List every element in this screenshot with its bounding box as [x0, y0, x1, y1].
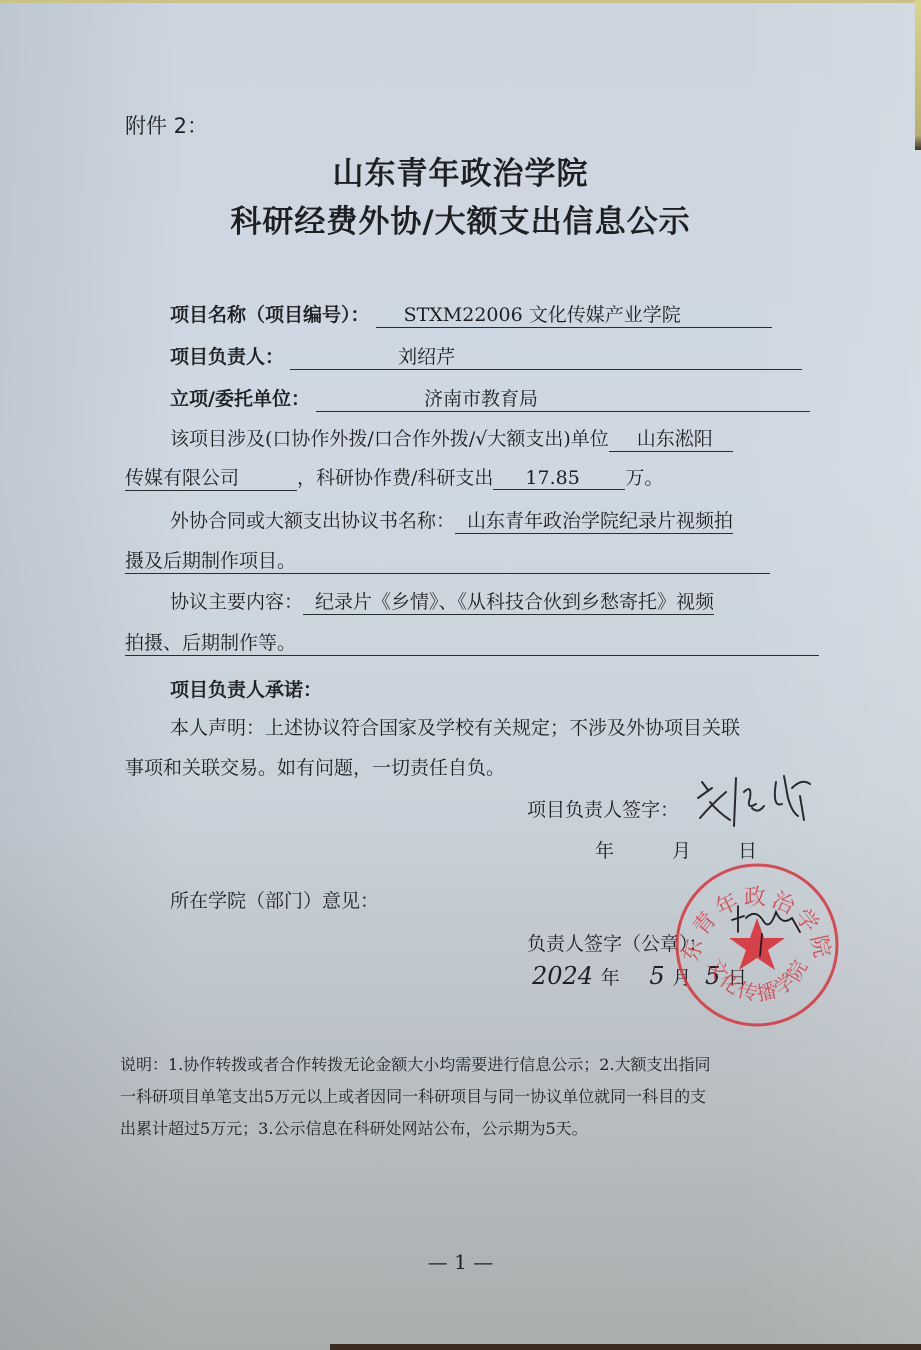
involvement-text: 该项目涉及(口协作外拨/口合作外拨/√大额支出)单位 [170, 428, 609, 450]
collaborating-unit-value-1: 山东淞阳 [609, 424, 733, 452]
svg-text:文化传播学院: 文化传播学院 [703, 954, 813, 1006]
leader-date-month-label: 月 [672, 836, 691, 863]
project-name-value: STXM22006 文化传媒产业学院 [376, 300, 772, 328]
desk-surface [330, 1344, 921, 1350]
agreement-content-row-1: 协议主要内容：纪录片《乡情》、《从科技合伙到乡愁寄托》视频 [170, 587, 714, 615]
project-name-row: 项目名称（项目编号）： STXM22006 文化传媒产业学院 [170, 300, 772, 328]
commitment-heading: 项目负责人承诺： [170, 675, 322, 702]
institution-title: 山东青年政治学院 [0, 148, 921, 193]
notes-line-3: 出累计超过5万元；3.公示信息在科研处网站公布，公示期为5天。 [120, 1116, 588, 1139]
commitment-statement-2: 事项和关联交易。如有问题，一切责任自负。 [125, 753, 505, 780]
notes-line-2: 一科研项目单笔支出5万元以上或者因同一科研项目与同一协议单位就同一科目的支 [120, 1084, 706, 1107]
official-seal-stamp: 东青年政治学院 文化传播学院 [672, 860, 842, 1030]
agreement-name-row-1: 外协合同或大额支出协议书名称：山东青年政治学院纪录片视频拍 [170, 506, 733, 534]
leader-signature-label: 项目负责人签字： [527, 795, 679, 822]
agreement-name-row-2: 摄及后期制作项目。 [125, 546, 770, 574]
expense-label: ，科研协作费/科研支出 [297, 467, 493, 489]
page-number: — 1 — [0, 1250, 921, 1274]
agreement-content-row-2: 拍摄、后期制作等。 [125, 628, 819, 656]
agreement-name-label: 外协合同或大额支出协议书名称： [170, 510, 455, 532]
notes-line-1: 说明：1.协作转拨或者合作转拨无论金额大小均需要进行信息公示；2.大额支出指同 [120, 1052, 711, 1075]
expense-unit: 万。 [625, 467, 663, 489]
involvement-row-2: 传媒有限公司，科研协作费/科研支出17.85万。 [125, 463, 663, 491]
department-opinion-label: 所在学院（部门）意见： [170, 886, 379, 913]
department-date-year-label: 年 [601, 967, 620, 989]
involvement-row-1: 该项目涉及(口协作外拨/口合作外拨/√大额支出)单位山东淞阳 [170, 424, 733, 452]
project-leader-value: 刘绍芹 [290, 342, 802, 370]
agreement-name-value-2: 摄及后期制作项目。 [125, 546, 770, 574]
department-date-year-value: 2024 [532, 962, 593, 990]
commitment-statement-1: 本人声明：上述协议符合国家及学校有关规定；不涉及外协项目关联 [170, 713, 740, 740]
project-leader-label: 项目负责人： [170, 346, 284, 368]
expense-amount-value: 17.85 [493, 467, 625, 490]
attachment-label: 附件 2： [125, 110, 208, 140]
leader-date-year-label: 年 [595, 836, 614, 863]
commissioning-unit-row: 立项/委托单位： 济南市教育局 [170, 384, 810, 412]
department-date-month-value: 5 [649, 962, 664, 990]
commissioning-unit-value: 济南市教育局 [316, 384, 810, 412]
agreement-content-label: 协议主要内容： [170, 591, 303, 613]
leader-date-day-label: 日 [738, 836, 757, 863]
agreement-content-value-2: 拍摄、后期制作等。 [125, 628, 819, 656]
leader-handwritten-signature [692, 768, 822, 828]
agreement-content-value-1: 纪录片《乡情》、《从科技合伙到乡愁寄托》视频 [303, 587, 714, 615]
document-title: 科研经费外协/大额支出信息公示 [0, 196, 921, 241]
project-leader-row: 项目负责人： 刘绍芹 [170, 342, 802, 370]
paper-top-edge [0, 0, 921, 3]
collaborating-unit-value-2: 传媒有限公司 [125, 463, 297, 491]
project-name-label: 项目名称（项目编号）： [170, 304, 370, 326]
commissioning-unit-label: 立项/委托单位： [170, 388, 310, 410]
paper-right-edge [915, 0, 921, 150]
agreement-name-value-1: 山东青年政治学院纪录片视频拍 [455, 506, 733, 534]
